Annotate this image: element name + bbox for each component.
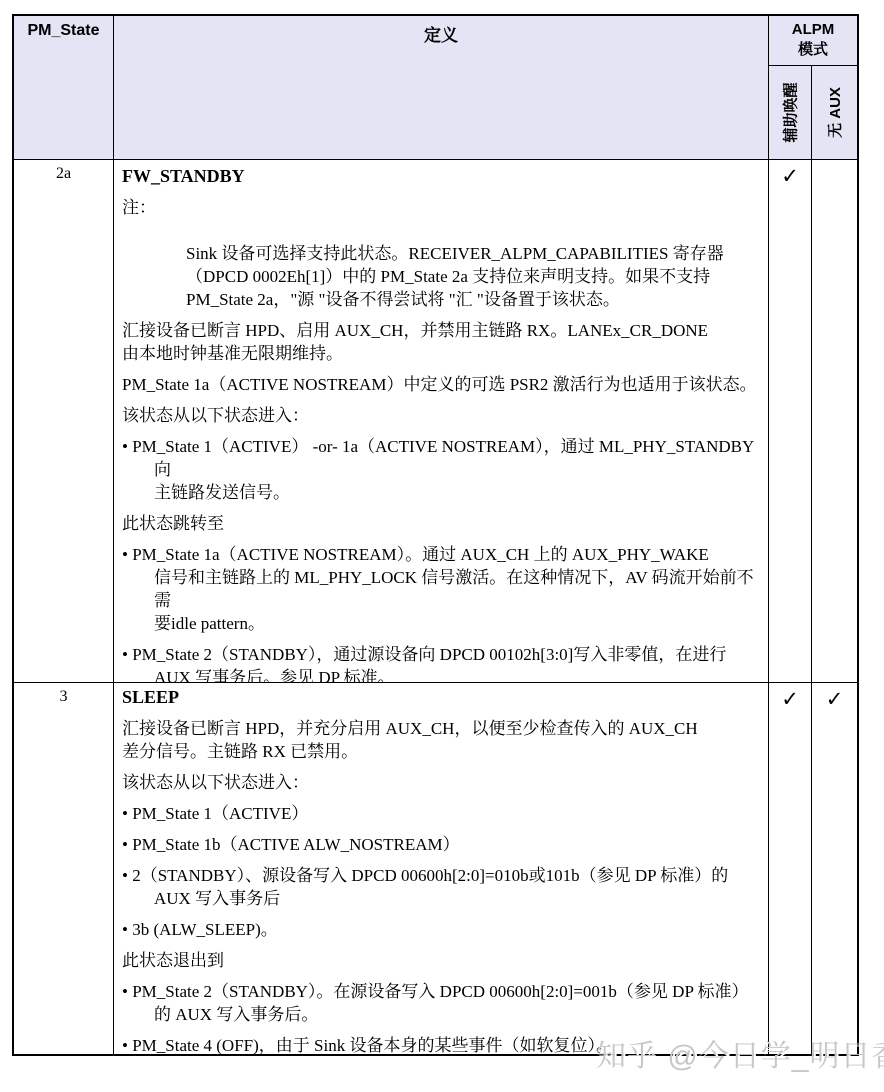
paragraph: 此状态跳转至 <box>122 512 762 535</box>
paragraph: 该状态从以下状态进入： <box>122 771 762 794</box>
row-3-no-aux-check: ✓ <box>812 683 857 1054</box>
paragraph: PM_State 1a（ACTIVE NOSTREAM）中定义的可选 PSR2 … <box>122 373 762 396</box>
definition-title: FW_STANDBY <box>122 165 762 188</box>
paragraph: 汇接设备已断言 HPD、启用 AUX_CH，并禁用主链路 RX。LANEx_CR… <box>122 319 762 365</box>
bullet-item: • PM_State 1（ACTIVE） <box>122 802 762 825</box>
row-2a-definition: FW_STANDBY 注： Sink 设备可选择支持此状态。RECEIVER_A… <box>114 160 769 683</box>
row-2a-aux-wake-check: ✓ <box>769 160 812 683</box>
pm-state-table: PM_State 定义 ALPM 模式 辅助唤醒 无 AUX 2a FW_STA… <box>12 14 859 1056</box>
note-text: Sink 设备可选择支持此状态。RECEIVER_ALPM_CAPABILITI… <box>186 244 724 309</box>
row-2a-state: 2a <box>14 160 114 683</box>
document-page: PM_State 定义 ALPM 模式 辅助唤醒 无 AUX 2a FW_STA… <box>0 0 884 1092</box>
watermark: 知乎 @今日学_明日香 <box>596 1031 884 1075</box>
header-alpm-mode: ALPM 模式 <box>769 16 857 66</box>
paragraph: 此状态退出到 <box>122 949 762 972</box>
definition-title: SLEEP <box>122 686 762 709</box>
note-block: 注： Sink 设备可选择支持此状态。RECEIVER_ALPM_CAPABIL… <box>122 196 762 311</box>
bullet-item: • 3b (ALW_SLEEP)。 <box>122 918 762 941</box>
row-3-state: 3 <box>14 683 114 1054</box>
header-aux-wake: 辅助唤醒 <box>769 66 812 160</box>
bullet-item: • 2（STANDBY）、源设备写入 DPCD 00600h[2:0]=010b… <box>122 864 762 910</box>
header-no-aux-label: 无 AUX <box>824 87 845 138</box>
header-no-aux: 无 AUX <box>812 66 857 160</box>
row-2a-no-aux-check <box>812 160 857 683</box>
header-pm-state: PM_State <box>14 16 114 160</box>
bullet-item: • PM_State 2（STANDBY），通过源设备向 DPCD 00102h… <box>122 643 762 683</box>
note-label: 注： <box>122 196 156 219</box>
paragraph: 该状态从以下状态进入： <box>122 404 762 427</box>
bullet-item: • PM_State 1b（ACTIVE ALW_NOSTREAM） <box>122 833 762 856</box>
bullet-item: • PM_State 1（ACTIVE） -or- 1a（ACTIVE NOST… <box>122 435 762 504</box>
header-aux-wake-label: 辅助唤醒 <box>780 82 801 142</box>
row-3-definition: SLEEP 汇接设备已断言 HPD，并充分启用 AUX_CH，以便至少检查传入的… <box>114 683 769 1054</box>
bullet-item: • PM_State 2（STANDBY）。在源设备写入 DPCD 00600h… <box>122 980 762 1026</box>
bullet-item: • PM_State 1a（ACTIVE NOSTREAM）。通过 AUX_CH… <box>122 543 762 635</box>
header-definition: 定义 <box>114 16 769 160</box>
row-3-aux-wake-check: ✓ <box>769 683 812 1054</box>
paragraph: 汇接设备已断言 HPD，并充分启用 AUX_CH，以便至少检查传入的 AUX_C… <box>122 717 762 763</box>
